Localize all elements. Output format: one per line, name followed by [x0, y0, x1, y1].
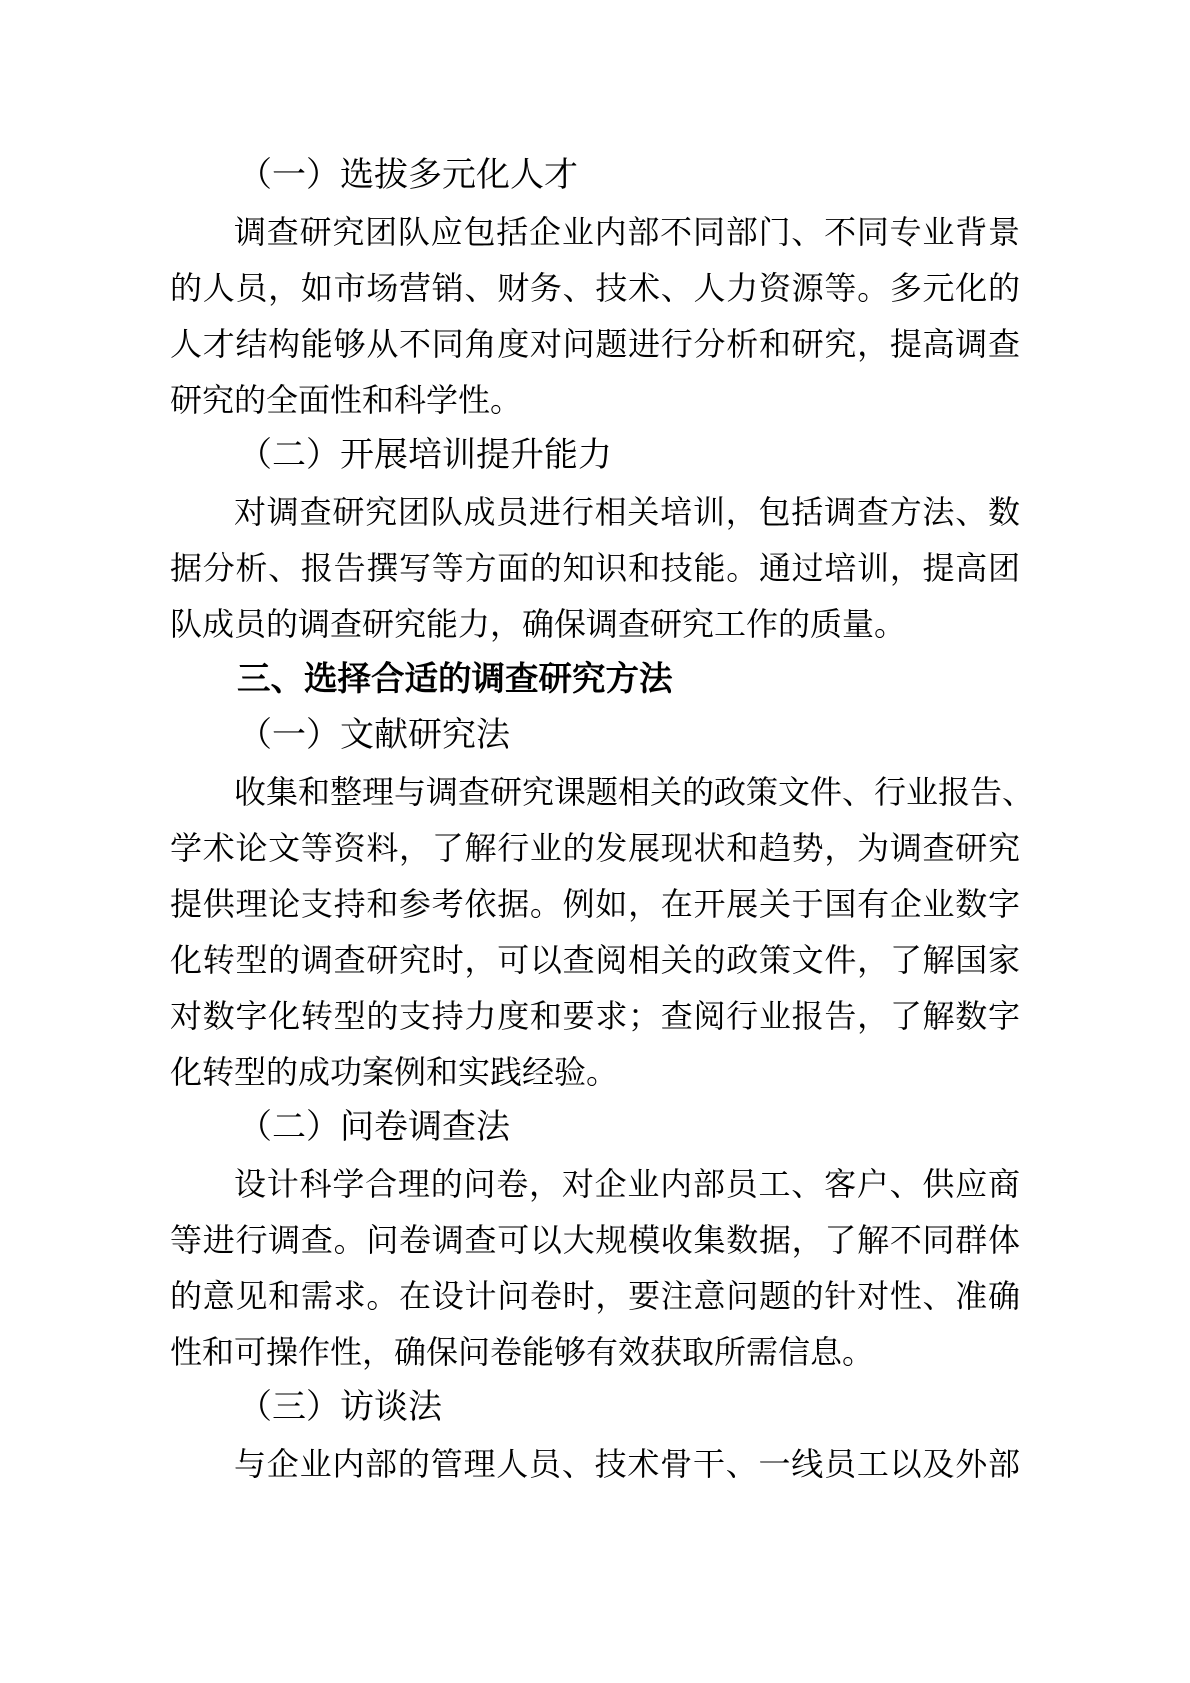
section-heading: 三、选择合适的调查研究方法	[170, 652, 1020, 708]
body-text-line: 设计科学合理的问卷，对企业内部员工、客户、供应商	[170, 1156, 1020, 1212]
body-text-line: 队成员的调查研究能力，确保调查研究工作的质量。	[170, 596, 1020, 652]
body-text-line: 人才结构能够从不同角度对问题进行分析和研究，提高调查	[170, 316, 1020, 372]
section-subheading: （一）选拔多元化人才	[170, 148, 1020, 204]
body-text-line: 的意见和需求。在设计问卷时，要注意问题的针对性、准确	[170, 1268, 1020, 1324]
body-text-line: 化转型的成功案例和实践经验。	[170, 1044, 1020, 1100]
section-subheading: （二）问卷调查法	[170, 1100, 1020, 1156]
body-text-line: 对数字化转型的支持力度和要求；查阅行业报告，了解数字	[170, 988, 1020, 1044]
body-text-line: 提供理论支持和参考依据。例如，在开展关于国有企业数字	[170, 876, 1020, 932]
body-text-line: 调查研究团队应包括企业内部不同部门、不同专业背景	[170, 204, 1020, 260]
body-text-line: 研究的全面性和科学性。	[170, 372, 1020, 428]
section-subheading: （二）开展培训提升能力	[170, 428, 1020, 484]
body-text-line: 性和可操作性，确保问卷能够有效获取所需信息。	[170, 1324, 1020, 1380]
body-text-line: 对调查研究团队成员进行相关培训，包括调查方法、数	[170, 484, 1020, 540]
document-content: （一）选拔多元化人才 调查研究团队应包括企业内部不同部门、不同专业背景 的人员，…	[170, 148, 1020, 1492]
body-text-line: 学术论文等资料，了解行业的发展现状和趋势，为调查研究	[170, 820, 1020, 876]
body-text-line: 收集和整理与调查研究课题相关的政策文件、行业报告、	[170, 764, 1020, 820]
section-subheading: （三）访谈法	[170, 1380, 1020, 1436]
document-page: （一）选拔多元化人才 调查研究团队应包括企业内部不同部门、不同专业背景 的人员，…	[0, 0, 1190, 1683]
body-text-line: 的人员，如市场营销、财务、技术、人力资源等。多元化的	[170, 260, 1020, 316]
section-subheading: （一）文献研究法	[170, 708, 1020, 764]
body-text-line: 与企业内部的管理人员、技术骨干、一线员工以及外部	[170, 1436, 1020, 1492]
body-text-line: 化转型的调查研究时，可以查阅相关的政策文件，了解国家	[170, 932, 1020, 988]
body-text-line: 据分析、报告撰写等方面的知识和技能。通过培训，提高团	[170, 540, 1020, 596]
body-text-line: 等进行调查。问卷调查可以大规模收集数据，了解不同群体	[170, 1212, 1020, 1268]
